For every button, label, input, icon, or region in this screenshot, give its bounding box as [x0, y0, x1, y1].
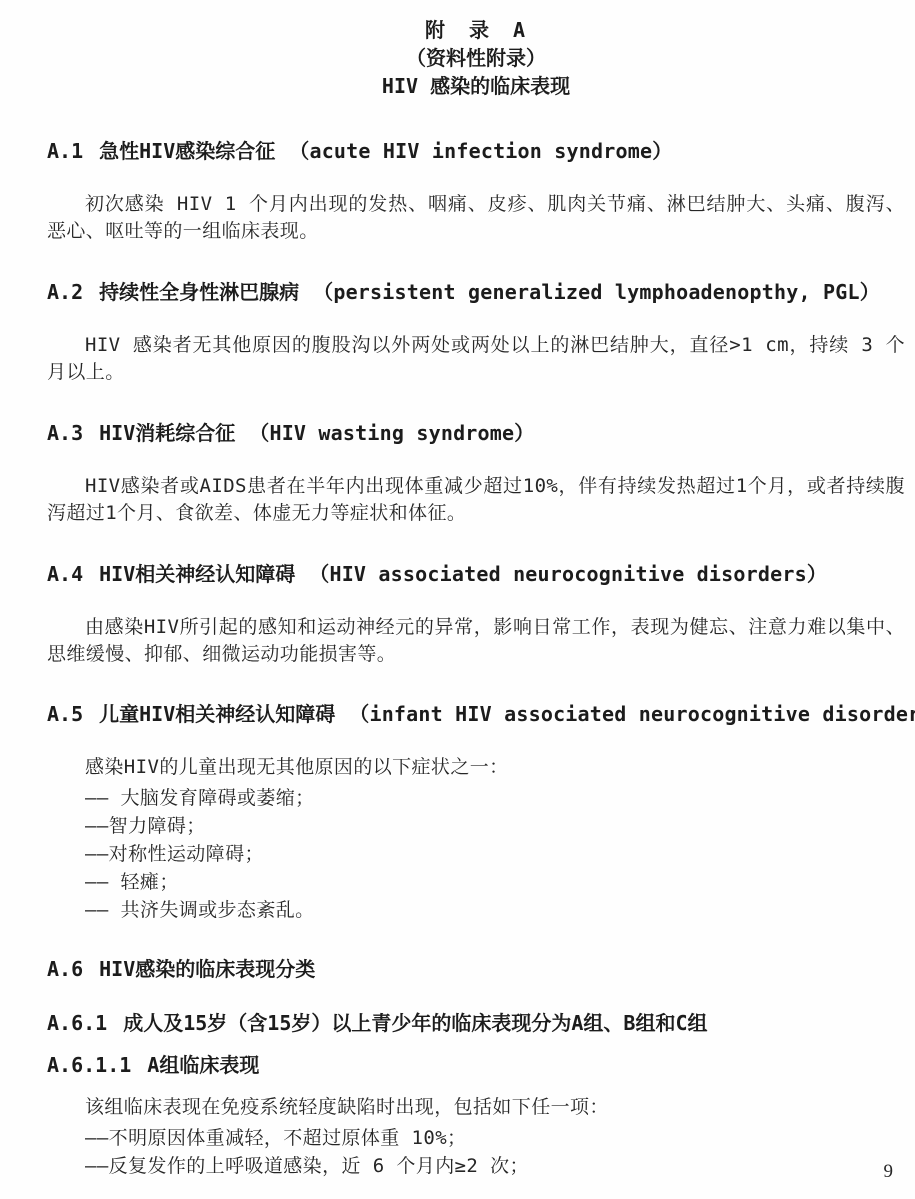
section-heading-a2: A.2持续性全身性淋巴腺病（persistent generalized lym… — [47, 279, 905, 305]
section-title-zh: HIV消耗综合征 — [99, 421, 235, 445]
section-title-zh: 持续性全身性淋巴腺病 — [99, 280, 299, 304]
section-paragraph: 初次感染 HIV 1 个月内出现的发热、咽痛、皮疹、肌肉关节痛、淋巴结肿大、头痛… — [47, 191, 905, 245]
section-number: A.6.1 — [47, 1011, 107, 1035]
list-item: ——智力障碍； — [85, 812, 905, 840]
list-item: ——对称性运动障碍； — [85, 840, 905, 868]
section-paragraph: 该组临床表现在免疫系统轻度缺陷时出现，包括如下任一项： — [47, 1094, 905, 1121]
section-heading-a61: A.6.1成人及15岁（含15岁）以上青少年的临床表现分为A组、B组和C组 — [47, 1010, 905, 1036]
list-item: ——不明原因体重减轻，不超过原体重 10%； — [85, 1124, 905, 1152]
section-number: A.5 — [47, 702, 83, 726]
list-item: ——反复发作的上呼吸道感染，近 6 个月内≥2 次； — [85, 1152, 905, 1180]
section-title-zh: A组临床表现 — [147, 1053, 259, 1077]
section-heading-a611: A.6.1.1A组临床表现 — [47, 1052, 905, 1078]
section-heading-a4: A.4HIV相关神经认知障碍（HIV associated neurocogni… — [47, 561, 905, 587]
symptom-list: —— 大脑发育障碍或萎缩； ——智力障碍； ——对称性运动障碍； —— 轻瘫； … — [47, 784, 905, 924]
page-number: 9 — [884, 1161, 894, 1183]
section-number: A.1 — [47, 139, 83, 163]
section-number: A.6 — [47, 957, 83, 981]
section-title-en: （infant HIV associated neurocognitive di… — [349, 702, 915, 726]
appendix-title: 附 录 A — [47, 16, 905, 44]
section-title-zh: 急性HIV感染综合征 — [99, 139, 275, 163]
list-item: —— 轻瘫； — [85, 868, 905, 896]
criteria-list: ——不明原因体重减轻，不超过原体重 10%； ——反复发作的上呼吸道感染，近 6… — [47, 1124, 905, 1180]
section-heading-a1: A.1急性HIV感染综合征（acute HIV infection syndro… — [47, 138, 905, 164]
section-heading-a6: A.6HIV感染的临床表现分类 — [47, 956, 905, 982]
appendix-subtitle: （资料性附录） — [47, 44, 905, 72]
section-number: A.4 — [47, 562, 83, 586]
section-title-en: （HIV associated neurocognitive disorders… — [309, 562, 827, 586]
list-item: —— 大脑发育障碍或萎缩； — [85, 784, 905, 812]
section-number: A.6.1.1 — [47, 1053, 131, 1077]
section-title-zh: HIV相关神经认知障碍 — [99, 562, 295, 586]
section-paragraph: HIV感染者或AIDS患者在半年内出现体重减少超过10%，伴有持续发热超过1个月… — [47, 473, 905, 527]
section-title-en: （HIV wasting syndrome） — [249, 421, 534, 445]
section-number: A.3 — [47, 421, 83, 445]
section-title-zh: 儿童HIV相关神经认知障碍 — [99, 702, 335, 726]
list-item: —— 共济失调或步态紊乱。 — [85, 896, 905, 924]
section-number: A.2 — [47, 280, 83, 304]
section-title-zh: 成人及15岁（含15岁）以上青少年的临床表现分为A组、B组和C组 — [123, 1011, 707, 1035]
section-heading-a3: A.3HIV消耗综合征（HIV wasting syndrome） — [47, 420, 905, 446]
section-title-en: （acute HIV infection syndrome） — [289, 139, 672, 163]
document-page: 附 录 A （资料性附录） HIV 感染的临床表现 A.1急性HIV感染综合征（… — [0, 0, 915, 1199]
section-title-en: （persistent generalized lymphoadenopthy,… — [313, 280, 880, 304]
appendix-main-heading: HIV 感染的临床表现 — [47, 72, 905, 100]
section-paragraph: HIV 感染者无其他原因的腹股沟以外两处或两处以上的淋巴结肿大，直径>1 cm，… — [47, 332, 905, 386]
section-title-zh: HIV感染的临床表现分类 — [99, 957, 315, 981]
section-heading-a5: A.5儿童HIV相关神经认知障碍（infant HIV associated n… — [47, 701, 905, 727]
section-paragraph: 感染HIV的儿童出现无其他原因的以下症状之一： — [47, 754, 905, 781]
section-paragraph: 由感染HIV所引起的感知和运动神经元的异常，影响日常工作，表现为健忘、注意力难以… — [47, 614, 905, 668]
